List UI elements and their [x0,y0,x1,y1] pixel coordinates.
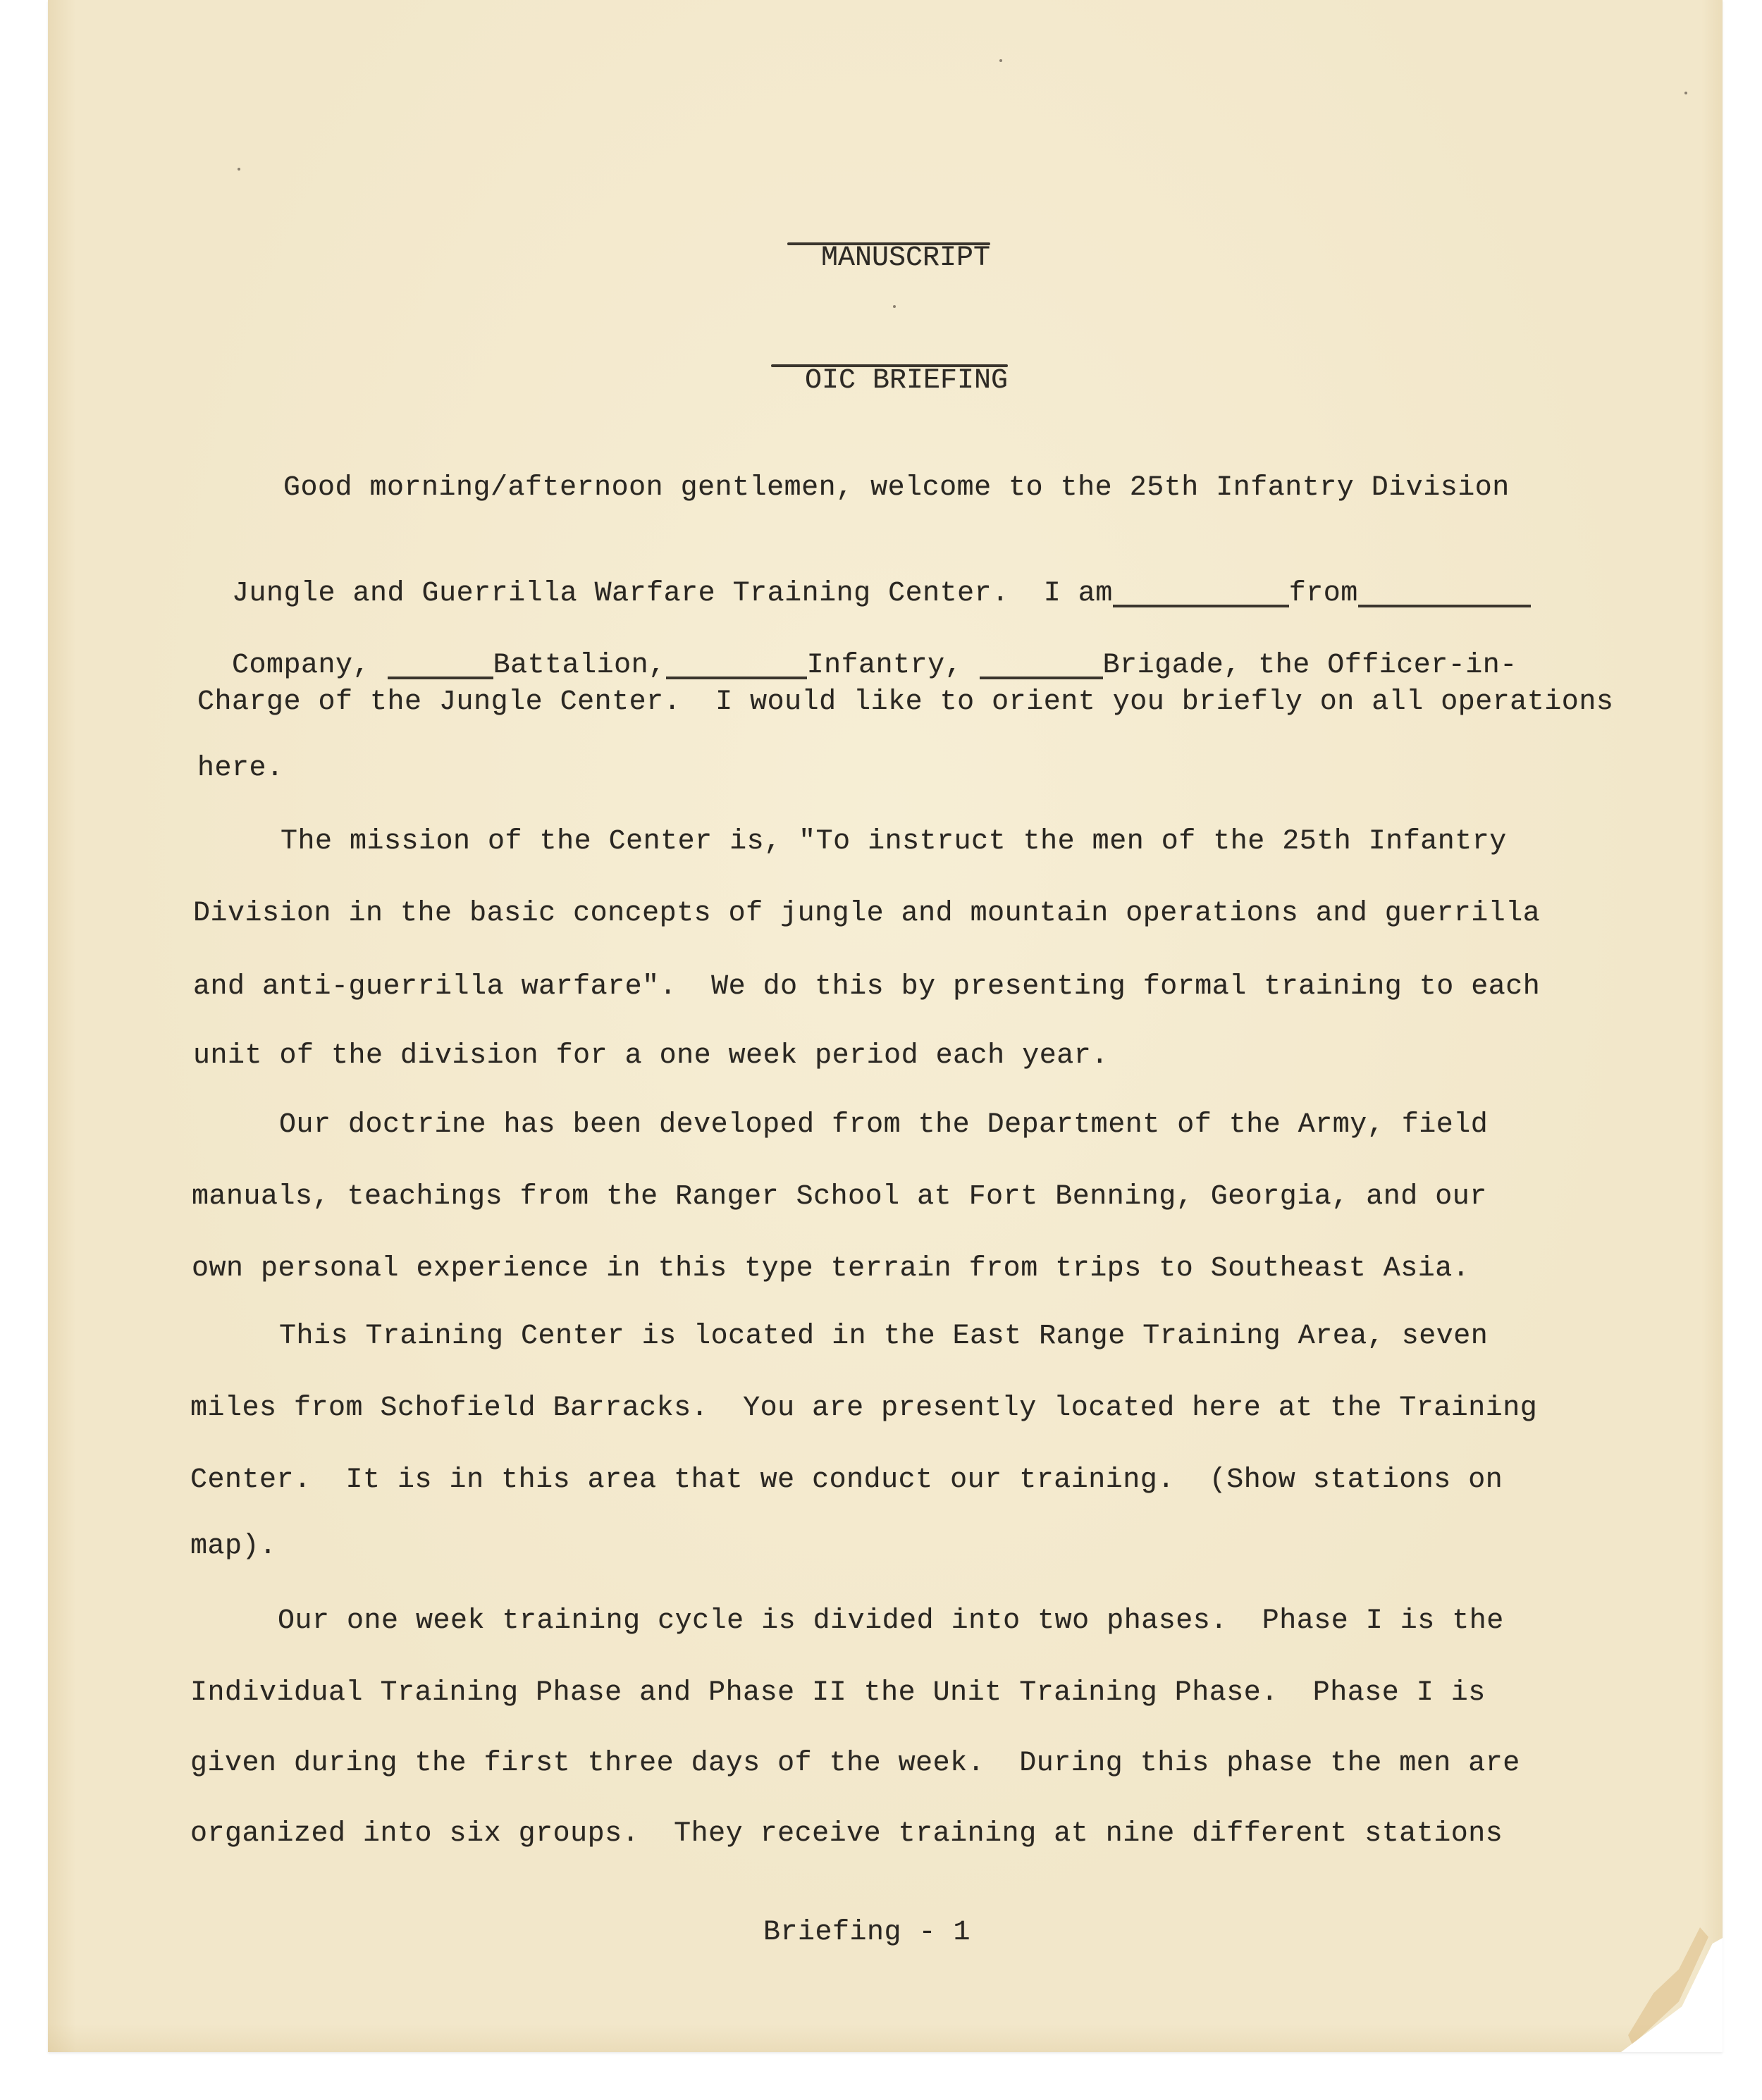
line-text: Company, [232,650,370,681]
page-title-text: MANUSCRIPT [821,242,990,274]
paper-speck [1684,92,1687,94]
page-subtitle: OIC BRIEFING [771,328,1008,434]
paragraph-3-line-1: Our doctrine has been developed from the… [279,1108,1488,1143]
paragraph-5-line-3: given during the first three days of the… [190,1746,1520,1781]
company-blank [1358,604,1531,607]
paper-speck [893,305,896,308]
paragraph-1-line-2: Jungle and Guerrilla Warfare Training Ce… [197,541,1531,612]
paragraph-1-line-5: here. [197,751,284,786]
title-underline [787,242,990,245]
paragraph-4-line-2: miles from Schofield Barracks. You are p… [190,1391,1537,1426]
page-subtitle-text: OIC BRIEFING [805,365,1008,397]
paragraph-1-line-1: Good morning/afternoon gentlemen, welcom… [283,471,1510,506]
paragraph-4-line-4: map). [190,1529,277,1564]
page-footer: Briefing - 1 [763,1915,971,1951]
line-text: Infantry, [807,650,963,681]
line-text: Battalion, [493,650,666,681]
page-title: MANUSCRIPT [787,206,990,311]
paragraph-5-line-2: Individual Training Phase and Phase II t… [190,1676,1486,1711]
battalion-blank [388,676,493,679]
line-text: from [1289,578,1358,610]
paragraph-2-line-2: Division in the basic concepts of jungle… [193,896,1540,932]
paragraph-2-line-1: The mission of the Center is, "To instru… [281,824,1507,860]
paragraph-5-line-4: organized into six groups. They receive … [190,1817,1503,1852]
paragraph-1-line-4: Charge of the Jungle Center. I would lik… [197,685,1613,720]
infantry-blank [666,676,807,679]
paragraph-3-line-3: own personal experience in this type ter… [192,1252,1470,1287]
paragraph-2-line-4: unit of the division for a one week peri… [193,1039,1109,1074]
line-text: Brigade, the Officer-in- [1103,650,1517,681]
paragraph-2-line-3: and anti-guerrilla warfare". We do this … [193,970,1540,1005]
brigade-blank [980,676,1103,679]
paragraph-5-line-1: Our one week training cycle is divided i… [278,1604,1504,1639]
paper-speck [999,59,1002,62]
paragraph-1-line-3: Company, Battalion,Infantry, Brigade, th… [197,613,1517,684]
line-text: Jungle and Guerrilla Warfare Training Ce… [232,578,1113,610]
paper-speck [238,168,240,171]
paragraph-4-line-3: Center. It is in this area that we condu… [190,1463,1503,1498]
name-blank [1113,604,1289,607]
paragraph-4-line-1: This Training Center is located in the E… [279,1319,1488,1354]
subtitle-underline [771,364,1008,367]
paragraph-3-line-2: manuals, teachings from the Ranger Schoo… [192,1180,1487,1215]
